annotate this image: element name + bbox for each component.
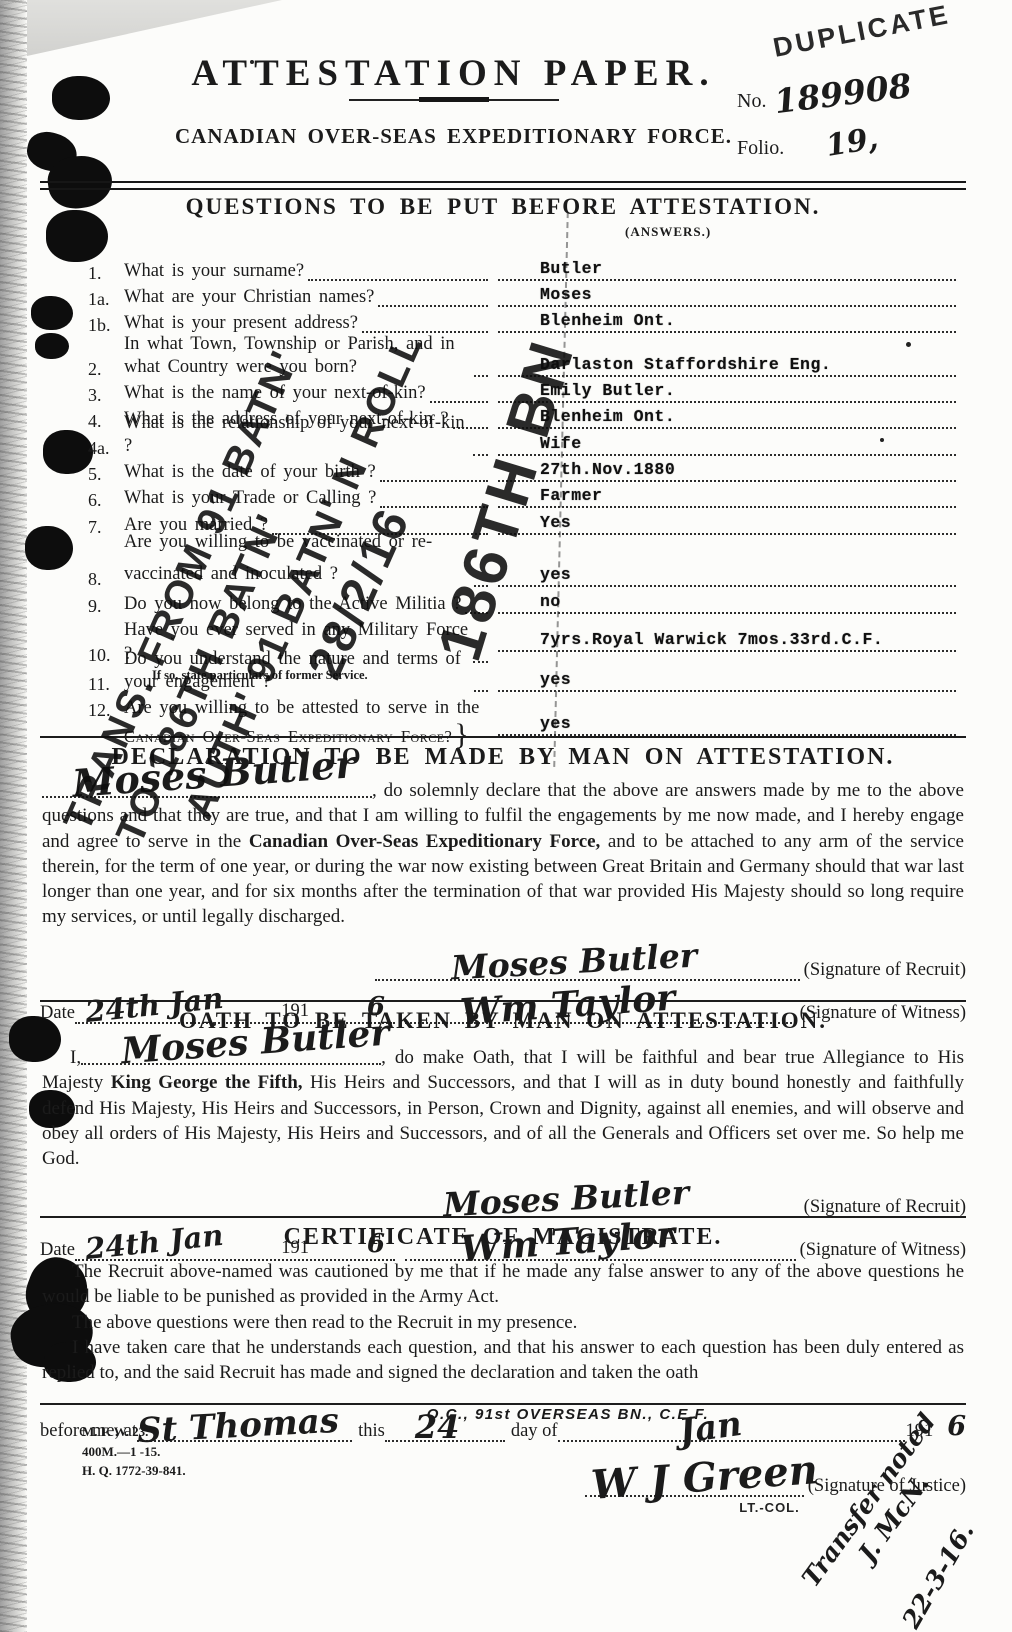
answer-line: no [498, 592, 956, 614]
dotted-leader [308, 279, 488, 281]
certificate-paragraph-3: I have taken care that he understands ea… [42, 1335, 964, 1386]
folio-value-handwritten: 19, [824, 121, 881, 164]
answer-text: yes [498, 565, 571, 585]
answer-line: Blenheim Ont. [498, 312, 956, 333]
certificate-heading: CERTIFICATE OF MAGISTRATE. [40, 1224, 966, 1251]
question-row: 8.Are you willing to be vaccinated or re… [88, 540, 956, 592]
serial-number-handwritten: 189908 [773, 66, 915, 122]
question-number: 6. [88, 490, 124, 513]
question-row: 6.What is your Trade or Calling ? Farmer [88, 487, 956, 513]
answer-text: Yes [498, 513, 571, 533]
dotted-leader [474, 375, 488, 377]
question-text: Are you willing to be vaccinated or re-v… [124, 527, 470, 592]
header-main: ATTESTATION PAPER. CANADIAN OVER-SEAS EX… [60, 52, 737, 172]
questions-list: 1.What is your surname? Butler 1a.What a… [88, 254, 956, 741]
oath-paragraph: I,Moses Butler, do make Oath, that I wil… [42, 1044, 964, 1171]
oath-name-blank: Moses Butler [81, 1044, 381, 1065]
question-row: 1.What is your surname? Butler [88, 254, 956, 286]
month-line: Jan [558, 1426, 906, 1442]
form-code-line2: 400M.—1 -15. [82, 1442, 186, 1462]
page-title: ATTESTATION PAPER. [170, 52, 737, 95]
answer-line: Darlaston Staffordshire Eng. [498, 338, 956, 377]
force-subtitle: CANADIAN OVER-SEAS EXPEDITIONARY FORCE. [170, 124, 737, 149]
justice-signature-line: W J Green LT.-COL. [585, 1481, 804, 1497]
question-number: 2. [88, 359, 124, 382]
unit-stamp: O.C., 91st OVERSEAS BN., C.E.F. [62, 1406, 1012, 1423]
answer-text: no [498, 592, 561, 612]
answer-line: yes [498, 540, 956, 587]
folio-label: Folio. [737, 137, 784, 160]
attestation-paper-scan: ATTESTATION PAPER. CANADIAN OVER-SEAS EX… [0, 0, 1012, 1632]
transfer-note-date-handwritten: 22-3-16. [896, 1517, 981, 1632]
questions-heading: QUESTIONS TO BE PUT BEFORE ATTESTATION. [40, 194, 966, 220]
torn-edge [0, 0, 27, 1632]
this-label: this [358, 1421, 385, 1442]
declarant-name-blank: Moses Butler [42, 777, 372, 798]
question-number: 1b. [88, 315, 124, 338]
answer-line: 7yrs.Royal Warwick 7mos.33rd.C.F. [498, 619, 956, 652]
question-row: 12.Are you willing to be attested to ser… [88, 697, 956, 741]
form-code-line1: M. F. W. 23. [82, 1422, 186, 1442]
question-number: 8. [88, 569, 124, 592]
answer-text: Blenheim Ont. [498, 311, 675, 331]
recruit-signature-label: (Signature of Recruit) [804, 960, 966, 981]
justice-rank-stamp: LT.-COL. [739, 1500, 799, 1515]
bottom-rule [40, 1403, 966, 1405]
answer-text: Emily Butler. [498, 381, 675, 401]
dotted-leader [378, 305, 488, 307]
question-text: Are you willing to be attested to serve … [124, 697, 479, 723]
dotted-leader [465, 612, 488, 614]
answer-text: Farmer [498, 486, 602, 506]
day-of-label: day of [511, 1421, 558, 1442]
question-text: What is the date of your birth ? [124, 461, 376, 487]
question-row: 5.What is the date of your birth ? 27th.… [88, 461, 956, 487]
serial-row: No. 189908 [737, 74, 972, 113]
answer-line: yes [498, 697, 956, 736]
dotted-leader [380, 480, 488, 482]
dotted-leader [473, 454, 488, 456]
answer-line: Emily Butler. [498, 382, 956, 403]
answer-text: Wife [498, 434, 582, 454]
answer-line: Butler [498, 254, 956, 281]
question-text: What is the name of your next-of-kin? [124, 382, 426, 408]
question-number: 3. [88, 385, 124, 408]
answer-text: Moses [498, 285, 592, 305]
answer-line: Wife [498, 434, 956, 456]
question-row: 1a.What are your Christian names? Moses [88, 286, 956, 312]
question-number: 4. [88, 411, 124, 434]
question-row: 3.What is the name of your next-of-kin? … [88, 382, 956, 408]
declaration-section: DECLARATION TO BE MADE BY MAN ON ATTESTA… [40, 736, 966, 1024]
question-number: 11. [88, 674, 124, 697]
no-label: No. [737, 90, 766, 113]
answer-line: Moses [498, 286, 956, 307]
question-text: Do you now belong to the Active Militia … [124, 593, 461, 619]
answer-text: Darlaston Staffordshire Eng. [498, 355, 831, 375]
answer-text: yes [498, 670, 571, 690]
certificate-paragraph-1: The Recruit above-named was cautioned by… [42, 1259, 964, 1310]
day-line: 24 [385, 1426, 505, 1442]
question-text: What is your surname? [124, 260, 304, 286]
oath-text-bold: King George the Fifth, [111, 1072, 303, 1093]
questions-section: QUESTIONS TO BE PUT BEFORE ATTESTATION. … [40, 194, 966, 741]
question-row: 4a.What is the relationship of your next… [88, 434, 956, 461]
question-text: What is the relationship of your next-of… [124, 412, 469, 461]
section-divider-double [40, 181, 966, 190]
question-text: What is your Trade or Calling ? [124, 487, 376, 513]
torn-corner [27, 0, 282, 56]
question-row: 9.Do you now belong to the Active Militi… [88, 592, 956, 619]
answer-text: 7yrs.Royal Warwick 7mos.33rd.C.F. [498, 630, 883, 650]
declaration-paragraph: Moses Butler, do solemnly declare that t… [42, 777, 964, 930]
declaration-text-bold: Canadian Over-Seas Expeditionary Force, [249, 831, 601, 852]
question-text: What are your Christian names? [124, 286, 374, 312]
oath-lead: I, [42, 1047, 81, 1068]
answer-line: Yes [498, 513, 956, 535]
dotted-leader [380, 506, 488, 508]
folio-row: Folio. 19, [737, 125, 972, 160]
answer-text: Butler [498, 259, 602, 279]
answer-line: Farmer [498, 487, 956, 508]
answer-line: yes [498, 657, 956, 692]
answer-text: Blenheim Ont. [498, 407, 675, 427]
answer-text: 27th.Nov.1880 [498, 460, 675, 480]
dotted-leader [430, 401, 488, 403]
answer-text: yes [498, 714, 571, 734]
dotted-leader [474, 585, 488, 587]
certificate-paragraph-2: The above questions were then read to th… [42, 1310, 964, 1335]
question-number: 4a. [88, 438, 124, 461]
question-row: 11.Do you understand the nature and term… [88, 657, 956, 697]
dotted-leader [474, 690, 488, 692]
question-number: 7. [88, 517, 124, 540]
title-rule [349, 97, 559, 102]
question-text: Do you understand the nature and terms o… [124, 648, 470, 697]
question-row: 2.In what Town, Township or Parish, and … [88, 338, 956, 382]
question-number: 5. [88, 464, 124, 487]
question-number: 9. [88, 596, 124, 619]
answer-line: Blenheim Ont. [498, 408, 956, 429]
question-text: In what Town, Township or Parish, and in… [124, 333, 470, 382]
form-footer: M. F. W. 23. 400M.—1 -15. H. Q. 1772-39-… [82, 1422, 186, 1481]
header-right: No. 189908 Folio. 19, [737, 52, 972, 172]
header: ATTESTATION PAPER. CANADIAN OVER-SEAS EX… [60, 52, 972, 172]
form-code-line3: H. Q. 1772-39-841. [82, 1461, 186, 1481]
question-number: 1. [88, 263, 124, 286]
question-number: 1a. [88, 289, 124, 312]
answer-line: 27th.Nov.1880 [498, 461, 956, 482]
question-number: 12. [88, 700, 124, 723]
recruit-signature-line: Moses Butler [375, 965, 800, 981]
answers-label: (ANSWERS.) [625, 224, 966, 240]
